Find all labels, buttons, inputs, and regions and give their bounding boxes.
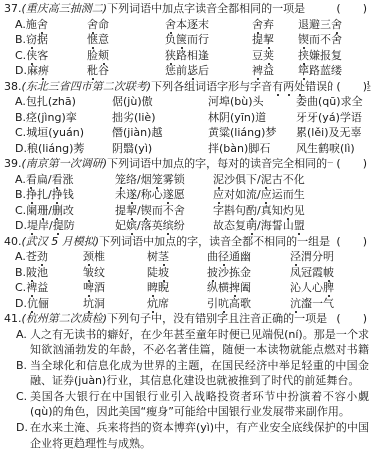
option-row: A.苍劲颈椎树茎曲径通幽泾渭分明 [0, 249, 375, 265]
option-row: D.稂(liáng)莠阴翳(yì)拌(bàn)脚石风生鹤唳(lì) [0, 141, 375, 157]
option-cell: 舍命 [87, 17, 109, 33]
question-stem: 下列词语中加点的字，每对的读音完全相同的一组是 [107, 157, 360, 170]
answer-bracket: ( ) [333, 79, 367, 95]
option-cell: 泾渭分明 [290, 249, 334, 265]
option-cell: C.裨益 [15, 280, 48, 296]
option-label: A. [15, 18, 26, 31]
question-source: (重庆高三抽测二) [22, 2, 108, 15]
option-cell: 拙劣(liè) [112, 110, 156, 126]
option-label: A. [15, 95, 26, 108]
question-stem: 下列句子中，没有错别字且注音正确的一项是 [107, 312, 327, 325]
option-cell: A.看扁/看涨 [15, 172, 74, 188]
option-cell: 舍本逐末 [165, 17, 209, 33]
option-cell: 狭路相逢 [165, 48, 209, 64]
option-cell: 曲径通幽 [207, 249, 251, 265]
option-label: B. [16, 358, 27, 374]
question-list: 37.(重庆高三抽测二)下列词语中加点字读音全都相同的一项是( )A.施舍舍命舍… [0, 1, 375, 450]
option-cell: 啤酒 [83, 280, 105, 296]
option-cell: 妃嫔/落英缤纷 [115, 218, 185, 234]
option-cell: 炕席 [147, 296, 169, 312]
option-cell: 惬意 [87, 32, 109, 48]
option-row: C.裨益啤酒睥睨纵横捭阖沁人心脾 [0, 280, 375, 296]
option-label: D. [16, 420, 28, 436]
option-cell: 披沙拣金 [207, 265, 251, 281]
question-title-line: 40.(武汉 5 月模拟)下列词语中加点的字，读音全都不相同的一组是( ) [0, 234, 375, 250]
option-cell: 委曲(qū)求全 [296, 94, 363, 110]
option-cell: 未遂/称心遂愿 [115, 187, 185, 203]
question-stem: 下列词语中加点字读音全都相同的一项是 [107, 2, 305, 15]
option-cell: 颈椎 [83, 249, 105, 265]
option-cell: 陡坡 [147, 265, 169, 281]
option-cell: 皱纹 [83, 265, 105, 281]
option-label: D. [15, 297, 27, 310]
option-cell: B.挣扎/挣钱 [15, 187, 74, 203]
option-cell: 豆荚 [252, 48, 274, 64]
option-row: C.阑珊/删改提挈/锲而不舍字斟句酌/真知灼见 [0, 203, 375, 219]
option-label: C. [15, 126, 26, 139]
option-row: B.挣扎/挣钱未遂/称心遂愿应对如流/应运而生 [0, 187, 375, 203]
option-cell: 舍弃 [252, 17, 274, 33]
option-label: C. [16, 389, 27, 405]
option-cell: 倨(jù)傲 [112, 94, 153, 110]
option-cell: 凤冠霞帔 [290, 265, 334, 281]
option-cell: 风生鹤唳(lì) [296, 141, 355, 157]
option-cell: 字斟句酌/真知灼见 [213, 203, 305, 219]
option-label: C. [15, 49, 26, 62]
option-cell: 挟嫌报复 [298, 48, 342, 64]
option-cell: 筚路蓝缕 [298, 63, 342, 79]
option-cell: 河埠(bù)头 [208, 94, 264, 110]
option-row: A.包扎(zhā)倨(jù)傲河埠(bù)头委曲(qū)求全 [0, 94, 375, 110]
option-label: B. [15, 111, 26, 124]
question-title-line: 41.(杭州第二次质检)下列句子中，没有错别字且注音正确的一项是( ) [0, 311, 375, 327]
option-cell: 树茎 [147, 249, 169, 265]
question-source: (杭州第二次质检) [22, 312, 108, 325]
option-cell: 沁人心脾 [290, 280, 334, 296]
option-label: C. [15, 204, 26, 217]
option-cell: 拌(bàn)脚石 [208, 141, 270, 157]
question-block: 41.(杭州第二次质检)下列句子中，没有错别字且注音正确的一项是( )A.人之有… [0, 311, 375, 450]
option-cell: B.痉(jìng)挛 [15, 110, 77, 126]
option-row: D.在水来土淹、兵来将挡的资本博弈(yì)中，有产业安全底线保护的中国企业将更趋… [0, 420, 375, 450]
option-cell: 故态复萌/海誓山盟 [213, 218, 305, 234]
option-cell: 林阴(yīn)道 [208, 110, 266, 126]
option-cell: A.施舍 [15, 17, 48, 33]
option-row: B.窃据惬意负箧而行提挈锲而不舍 [0, 32, 375, 48]
question-number: 37. [4, 2, 22, 15]
option-label: B. [15, 266, 26, 279]
question-stem: 下列词语中加点的字，读音全都不相同的一组是 [99, 235, 330, 248]
question-number: 38. [4, 80, 22, 93]
option-row: D.伉俪坑洞炕席引吭高歌沆瀣一气 [0, 296, 375, 312]
option-row: C.城垣(yuán)僭(jiàn)越黄粱(liáng)梦累(lěi)及无辜 [0, 125, 375, 141]
option-cell: 应对如流/应运而生 [213, 187, 305, 203]
option-label: C. [15, 281, 26, 294]
option-label: A. [15, 250, 26, 263]
option-row: B.陂池皱纹陡坡披沙拣金凤冠霞帔 [0, 265, 375, 281]
option-row: C.侠客脸颊狭路相逢豆荚挟嫌报复 [0, 48, 375, 64]
option-cell: 提挈/锲而不舍 [115, 203, 185, 219]
option-row: D.麻痹秕谷惩前毖后裨益筚路蓝缕 [0, 63, 375, 79]
answer-bracket: ( ) [333, 311, 367, 327]
option-cell: A.包扎(zhā) [15, 94, 76, 110]
option-cell: 阴翳(yì) [112, 141, 152, 157]
option-cell: D.伉俪 [15, 296, 49, 312]
option-cell: 纵横捭阖 [207, 280, 251, 296]
question-block: 40.(武汉 5 月模拟)下列词语中加点的字，读音全都不相同的一组是( )A.苍… [0, 234, 375, 312]
option-row: D.堤岸/提防妃嫔/落英缤纷故态复萌/海誓山盟 [0, 218, 375, 234]
question-number: 39. [4, 157, 22, 170]
option-row: A.人之有无读书的癖好，在少年甚至童年时便已见端倪(ní)。那是一个求知欲汹涌勃… [0, 327, 375, 358]
option-cell: 睥睨 [147, 280, 169, 296]
option-cell: 引吭高歌 [207, 296, 251, 312]
question-title-line: 39.(南京第一次调研)下列词语中加点的字，每对的读音完全相同的一组是( ) [0, 156, 375, 172]
option-cell: D.麻痹 [15, 63, 49, 79]
option-cell: 黄粱(liáng)梦 [208, 125, 276, 141]
option-label: A. [15, 173, 26, 186]
option-label: D. [15, 142, 27, 155]
option-cell: 坑洞 [83, 296, 105, 312]
question-number: 41. [4, 312, 22, 325]
option-cell: A.苍劲 [15, 249, 48, 265]
option-label: B. [15, 33, 26, 46]
option-cell: 锲而不舍 [298, 32, 342, 48]
option-cell: 退避三舍 [298, 17, 342, 33]
option-row: B.当全球化和信息化成为世界的主题，在国民经济中举足轻重的中国金融、证券(juà… [0, 358, 375, 389]
option-cell: 沆瀣一气 [290, 296, 334, 312]
option-cell: C.侠客 [15, 48, 48, 64]
option-cell: 秕谷 [87, 63, 109, 79]
option-cell: 裨益 [252, 63, 274, 79]
option-cell: C.城垣(yuán) [15, 125, 84, 141]
option-cell: 牙牙(yá)学语 [296, 110, 362, 126]
question-block: 37.(重庆高三抽测二)下列词语中加点字读音全都相同的一项是( )A.施舍舍命舍… [0, 1, 375, 79]
question-source: (南京第一次调研) [22, 157, 108, 170]
question-title-line: 37.(重庆高三抽测二)下列词语中加点字读音全都相同的一项是( ) [0, 1, 375, 17]
answer-bracket: ( ) [333, 1, 367, 17]
option-cell: 惩前毖后 [165, 63, 209, 79]
answer-bracket: ( ) [333, 156, 367, 172]
option-label: D. [15, 219, 27, 232]
question-block: 39.(南京第一次调研)下列词语中加点的字，每对的读音完全相同的一组是( )A.… [0, 156, 375, 234]
option-cell: C.阑珊/删改 [15, 203, 74, 219]
option-label: D. [15, 64, 27, 77]
option-cell: 脸颊 [87, 48, 109, 64]
question-number: 40. [4, 235, 22, 248]
option-label: B. [15, 188, 26, 201]
option-text: 人之有无读书的癖好，在少年甚至童年时便已见端倪(ní)。那是一个求知欲汹涌勃发的… [30, 328, 369, 358]
option-cell: 累(lěi)及无辜 [296, 125, 362, 141]
option-text: 当全球化和信息化成为世界的主题，在国民经济中举足轻重的中国金融、证券(juàn)… [30, 359, 369, 388]
option-text: 美国各大银行在中国银行业引入战略投资者环节中扮演着不容小觑(qù)的角色，因此美… [30, 390, 369, 419]
option-cell: D.堤岸/提防 [15, 218, 75, 234]
option-row: A.施舍舍命舍本逐末舍弃退避三舍 [0, 17, 375, 33]
option-cell: B.窃据 [15, 32, 48, 48]
option-cell: 提挈 [252, 32, 274, 48]
question-title-line: 38.(东北三省四市第二次联考)下列各组词语字形与字音有两处错误的一项是( ) [0, 79, 375, 95]
option-cell: 泥沙俱下/泥古不化 [213, 172, 305, 188]
option-cell: B.陂池 [15, 265, 48, 281]
option-cell: 笼络/烟笼雾锁 [115, 172, 185, 188]
exam-page: 37.(重庆高三抽测二)下列词语中加点字读音全都相同的一项是( )A.施舍舍命舍… [0, 0, 375, 450]
option-row: C.美国各大银行在中国银行业引入战略投资者环节中扮演着不容小觑(qù)的角色，因… [0, 389, 375, 420]
answer-bracket: ( ) [333, 234, 367, 250]
question-source: (东北三省四市第二次联考) [22, 80, 152, 93]
question-block: 38.(东北三省四市第二次联考)下列各组词语字形与字音有两处错误的一项是( )A… [0, 79, 375, 157]
question-source: (武汉 5 月模拟) [22, 235, 100, 248]
option-row: A.看扁/看涨笼络/烟笼雾锁泥沙俱下/泥古不化 [0, 172, 375, 188]
option-label: A. [16, 327, 27, 343]
option-row: B.痉(jìng)挛拙劣(liè)林阴(yīn)道牙牙(yá)学语 [0, 110, 375, 126]
option-cell: D.稂(liáng)莠 [15, 141, 84, 157]
option-cell: 负箧而行 [165, 32, 209, 48]
option-text: 在水来土淹、兵来将挡的资本博弈(yì)中，有产业安全底线保护的中国企业将更趋理性… [30, 421, 369, 450]
option-cell: 僭(jiàn)越 [112, 125, 162, 141]
